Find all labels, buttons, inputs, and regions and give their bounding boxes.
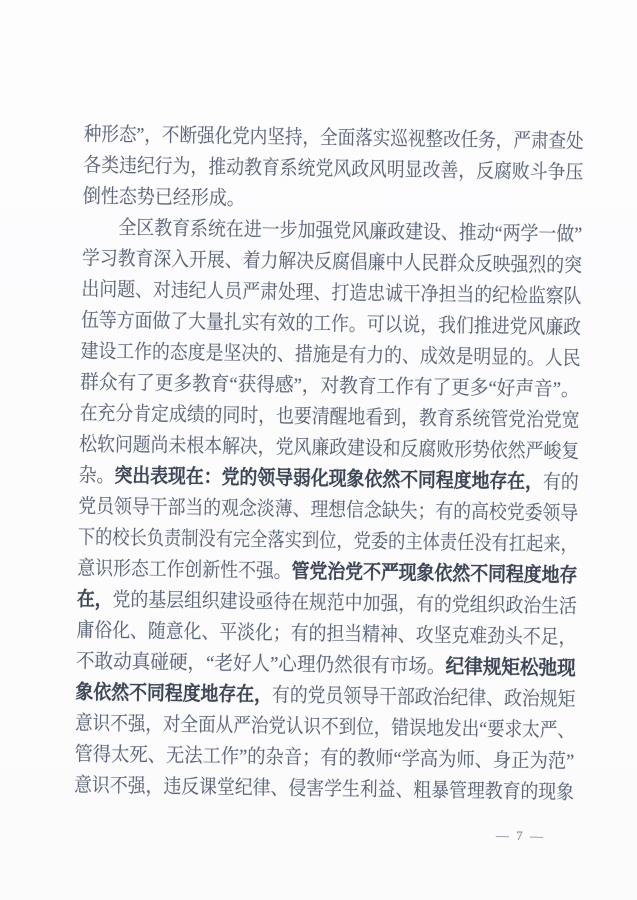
text-run-bold: 在， [77, 588, 113, 611]
text-run-bold: 纪律规矩松弛现 [445, 656, 575, 680]
text-run: 在充分肯定成绩的同时，也要清醒地看到，教育系统管党治党宽 [80, 402, 580, 431]
text-run: 下的校长负责制没有完全落实到位，党委的主体责任没有扛起来， [78, 526, 578, 555]
text-run: 各类违纪行为，推动教育系统党风政风明显改善，反腐败斗争压 [83, 154, 583, 183]
text-run: 全区教育系统在进一步加强党风廉政建设、推动“两学一做” [118, 217, 582, 246]
text-run: 不敢动真碰硬，“老好人”心理仍然很有市场。 [76, 650, 446, 677]
text-run: 倒性态势已经形成。 [83, 185, 245, 209]
text-run: 伍等方面做了大量扎实有效的工作。可以说，我们推进党风廉政 [81, 309, 581, 338]
text-run: 意识形态工作创新性不强。 [77, 557, 292, 582]
text-run: 管得太死、无法工作”的杂音；有的教师“学高为师、身正为范” [74, 743, 574, 772]
text-run: 有的 [543, 471, 579, 494]
text-run: 出问题、对违纪人员严肃处理、打造忠诚干净担当的纪检监察队 [81, 278, 581, 307]
text-run: 松软问题尚未根本解决，党风廉政建设和反腐败形势依然严峻复 [79, 433, 579, 462]
text-run: 学习教育深入开展、着力解决反腐倡廉中人民群众反映强烈的突 [82, 247, 582, 276]
text-run: 有的党员领导干部政治纪律、政治规矩 [272, 684, 576, 711]
text-run: 党员领导干部当的观念淡薄、理想信念缺失；有的高校党委领导 [78, 495, 578, 524]
text-run-bold: 管党治党不严现象依然不同程度地存 [291, 561, 577, 587]
text-run: 群众有了更多教育“获得感”，对教育工作有了更多“好声音”。 [80, 371, 580, 400]
text-run-bold: 突出表现在：党的领导弱化现象依然不同程度地存在， [114, 465, 543, 493]
text-run: 党的基层组织建设亟待在规范中加强，有的党组织政治生活 [112, 589, 577, 618]
scanned-document-page: 种形态”，不断强化党内坚持，全面落实巡视整改任务，严肃查处 各类违纪行为，推动教… [0, 0, 637, 900]
text-run: 意识不强，违反课堂纪律、侵害学生利益、粗暴管理教育的现象 [74, 774, 574, 803]
text-run: 建设工作的态度是坚决的、措施是有力的、成效是明显的。人民 [80, 340, 580, 369]
text-run: 杂。 [79, 464, 115, 487]
text-run: 意识不强，对全面从严治党认识不到位，错误地发出“要求太严、 [75, 712, 575, 741]
text-run: 种形态”，不断强化党内坚持，全面落实巡视整改任务，严肃查处 [84, 123, 584, 152]
page-number: — 7 — [472, 823, 568, 848]
document-sheet: 种形态”，不断强化党内坚持，全面落实巡视整改任务，严肃查处 各类违纪行为，推动教… [0, 0, 637, 900]
text-run-bold: 象依然不同程度地存在， [75, 681, 272, 706]
text-line: 意识不强，违反课堂纪律、侵害学生利益、粗暴管理教育的现象 [74, 770, 574, 808]
text-run: 庸俗化、随意化、平淡化；有的担当精神、攻坚克难劲头不足， [76, 619, 576, 648]
